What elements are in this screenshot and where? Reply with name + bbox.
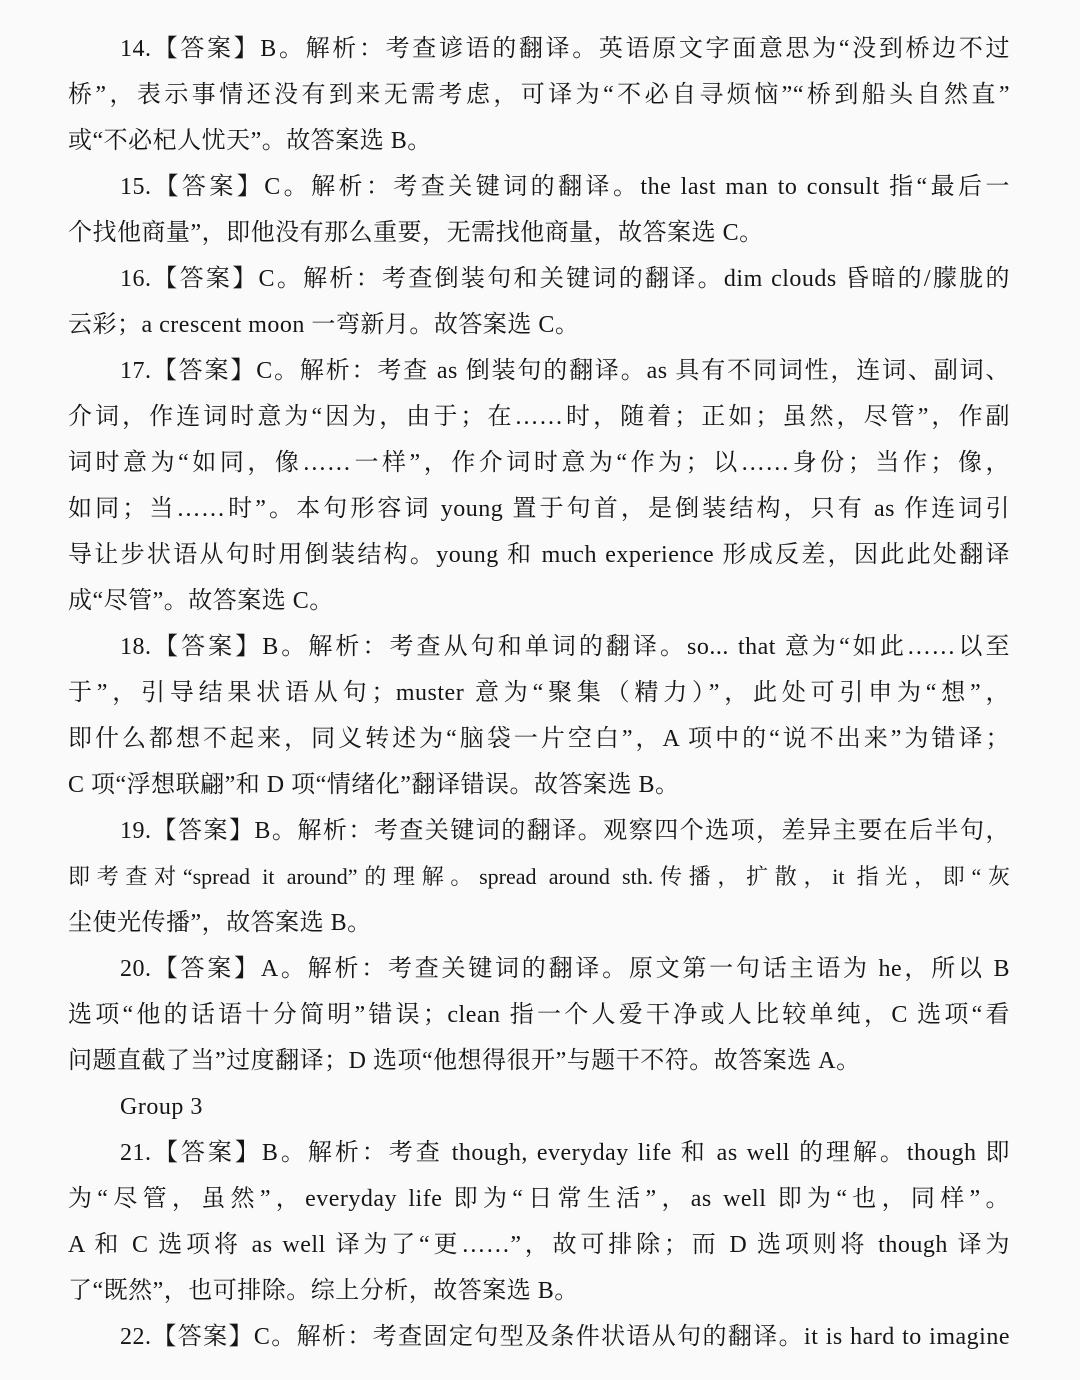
text-line: 介词，作连词时意为“因为，由于；在……时，随着；正如；虽然，尽管”，作副 <box>68 394 1010 440</box>
text-line: 21.【答案】B。解析：考查 though, everyday life 和 a… <box>68 1130 1010 1176</box>
text-line: 于”，引导结果状语从句；muster 意为“聚集（精力）”，此处可引申为“想”， <box>68 670 1010 716</box>
document-page: 14.【答案】B。解析：考查谚语的翻译。英语原文字面意思为“没到桥边不过 桥”，… <box>0 0 1080 1380</box>
text-line: 20.【答案】A。解析：考查关键词的翻译。原文第一句话主语为 he，所以 B <box>68 946 1010 992</box>
text-line: 个找他商量”，即他没有那么重要，无需找他商量，故答案选 C。 <box>68 210 1010 256</box>
text-line: 即考查对“spread it around”的理解。spread around … <box>68 854 1010 900</box>
text-line: 为“尽管，虽然”，everyday life 即为“日常生活”，as well … <box>68 1176 1010 1222</box>
paragraph-item-15: 15.【答案】C。解析：考查关键词的翻译。the last man to con… <box>68 164 1010 256</box>
text-line: 15.【答案】C。解析：考查关键词的翻译。the last man to con… <box>68 164 1010 210</box>
paragraph-item-14: 14.【答案】B。解析：考查谚语的翻译。英语原文字面意思为“没到桥边不过 桥”，… <box>68 26 1010 164</box>
text-line: A 和 C 选项将 as well 译为了“更……”，故可排除；而 D 选项则将… <box>68 1222 1010 1268</box>
group-heading-text: Group 3 <box>68 1084 1010 1130</box>
paragraph-item-22: 22.【答案】C。解析：考查固定句型及条件状语从句的翻译。it is hard … <box>68 1314 1010 1360</box>
text-line: 16.【答案】C。解析：考查倒装句和关键词的翻译。dim clouds 昏暗的/… <box>68 256 1010 302</box>
paragraph-item-19: 19.【答案】B。解析：考查关键词的翻译。观察四个选项，差异主要在后半句， 即考… <box>68 808 1010 946</box>
text-line: 尘使光传播”，故答案选 B。 <box>68 900 1010 946</box>
text-line: 选项“他的话语十分简明”错误；clean 指一个人爱干净或人比较单纯，C 选项“… <box>68 992 1010 1038</box>
text-line: 了“既然”，也可排除。综上分析，故答案选 B。 <box>68 1268 1010 1314</box>
text-line: 18.【答案】B。解析：考查从句和单词的翻译。so... that 意为“如此…… <box>68 624 1010 670</box>
text-line: 成“尽管”。故答案选 C。 <box>68 578 1010 624</box>
paragraph-item-21: 21.【答案】B。解析：考查 though, everyday life 和 a… <box>68 1130 1010 1314</box>
text-line: 即什么都想不起来，同义转述为“脑袋一片空白”，A 项中的“说不出来”为错译； <box>68 716 1010 762</box>
paragraph-item-18: 18.【答案】B。解析：考查从句和单词的翻译。so... that 意为“如此…… <box>68 624 1010 808</box>
text-line: 如同；当……时”。本句形容词 young 置于句首，是倒装结构，只有 as 作连… <box>68 486 1010 532</box>
text-line: 词时意为“如同，像……一样”，作介词时意为“作为；以……身份；当作；像， <box>68 440 1010 486</box>
text-line: 17.【答案】C。解析：考查 as 倒装句的翻译。as 具有不同词性，连词、副词… <box>68 348 1010 394</box>
text-line: C 项“浮想联翩”和 D 项“情绪化”翻译错误。故答案选 B。 <box>68 762 1010 808</box>
text-line: 14.【答案】B。解析：考查谚语的翻译。英语原文字面意思为“没到桥边不过 <box>68 26 1010 72</box>
paragraph-item-17: 17.【答案】C。解析：考查 as 倒装句的翻译。as 具有不同词性，连词、副词… <box>68 348 1010 624</box>
paragraph-item-20: 20.【答案】A。解析：考查关键词的翻译。原文第一句话主语为 he，所以 B 选… <box>68 946 1010 1084</box>
text-line: 桥”，表示事情还没有到来无需考虑，可译为“不必自寻烦恼”“桥到船头自然直” <box>68 72 1010 118</box>
text-line: 导让步状语从句时用倒装结构。young 和 much experience 形成… <box>68 532 1010 578</box>
text-line: 22.【答案】C。解析：考查固定句型及条件状语从句的翻译。it is hard … <box>68 1314 1010 1360</box>
text-line: 云彩；a crescent moon 一弯新月。故答案选 C。 <box>68 302 1010 348</box>
text-line: 问题直截了当”过度翻译；D 选项“他想得很开”与题干不符。故答案选 A。 <box>68 1038 1010 1084</box>
text-line: 或“不必杞人忧天”。故答案选 B。 <box>68 118 1010 164</box>
group-3-heading: Group 3 <box>68 1084 1010 1130</box>
paragraph-item-16: 16.【答案】C。解析：考查倒装句和关键词的翻译。dim clouds 昏暗的/… <box>68 256 1010 348</box>
text-line: 19.【答案】B。解析：考查关键词的翻译。观察四个选项，差异主要在后半句， <box>68 808 1010 854</box>
